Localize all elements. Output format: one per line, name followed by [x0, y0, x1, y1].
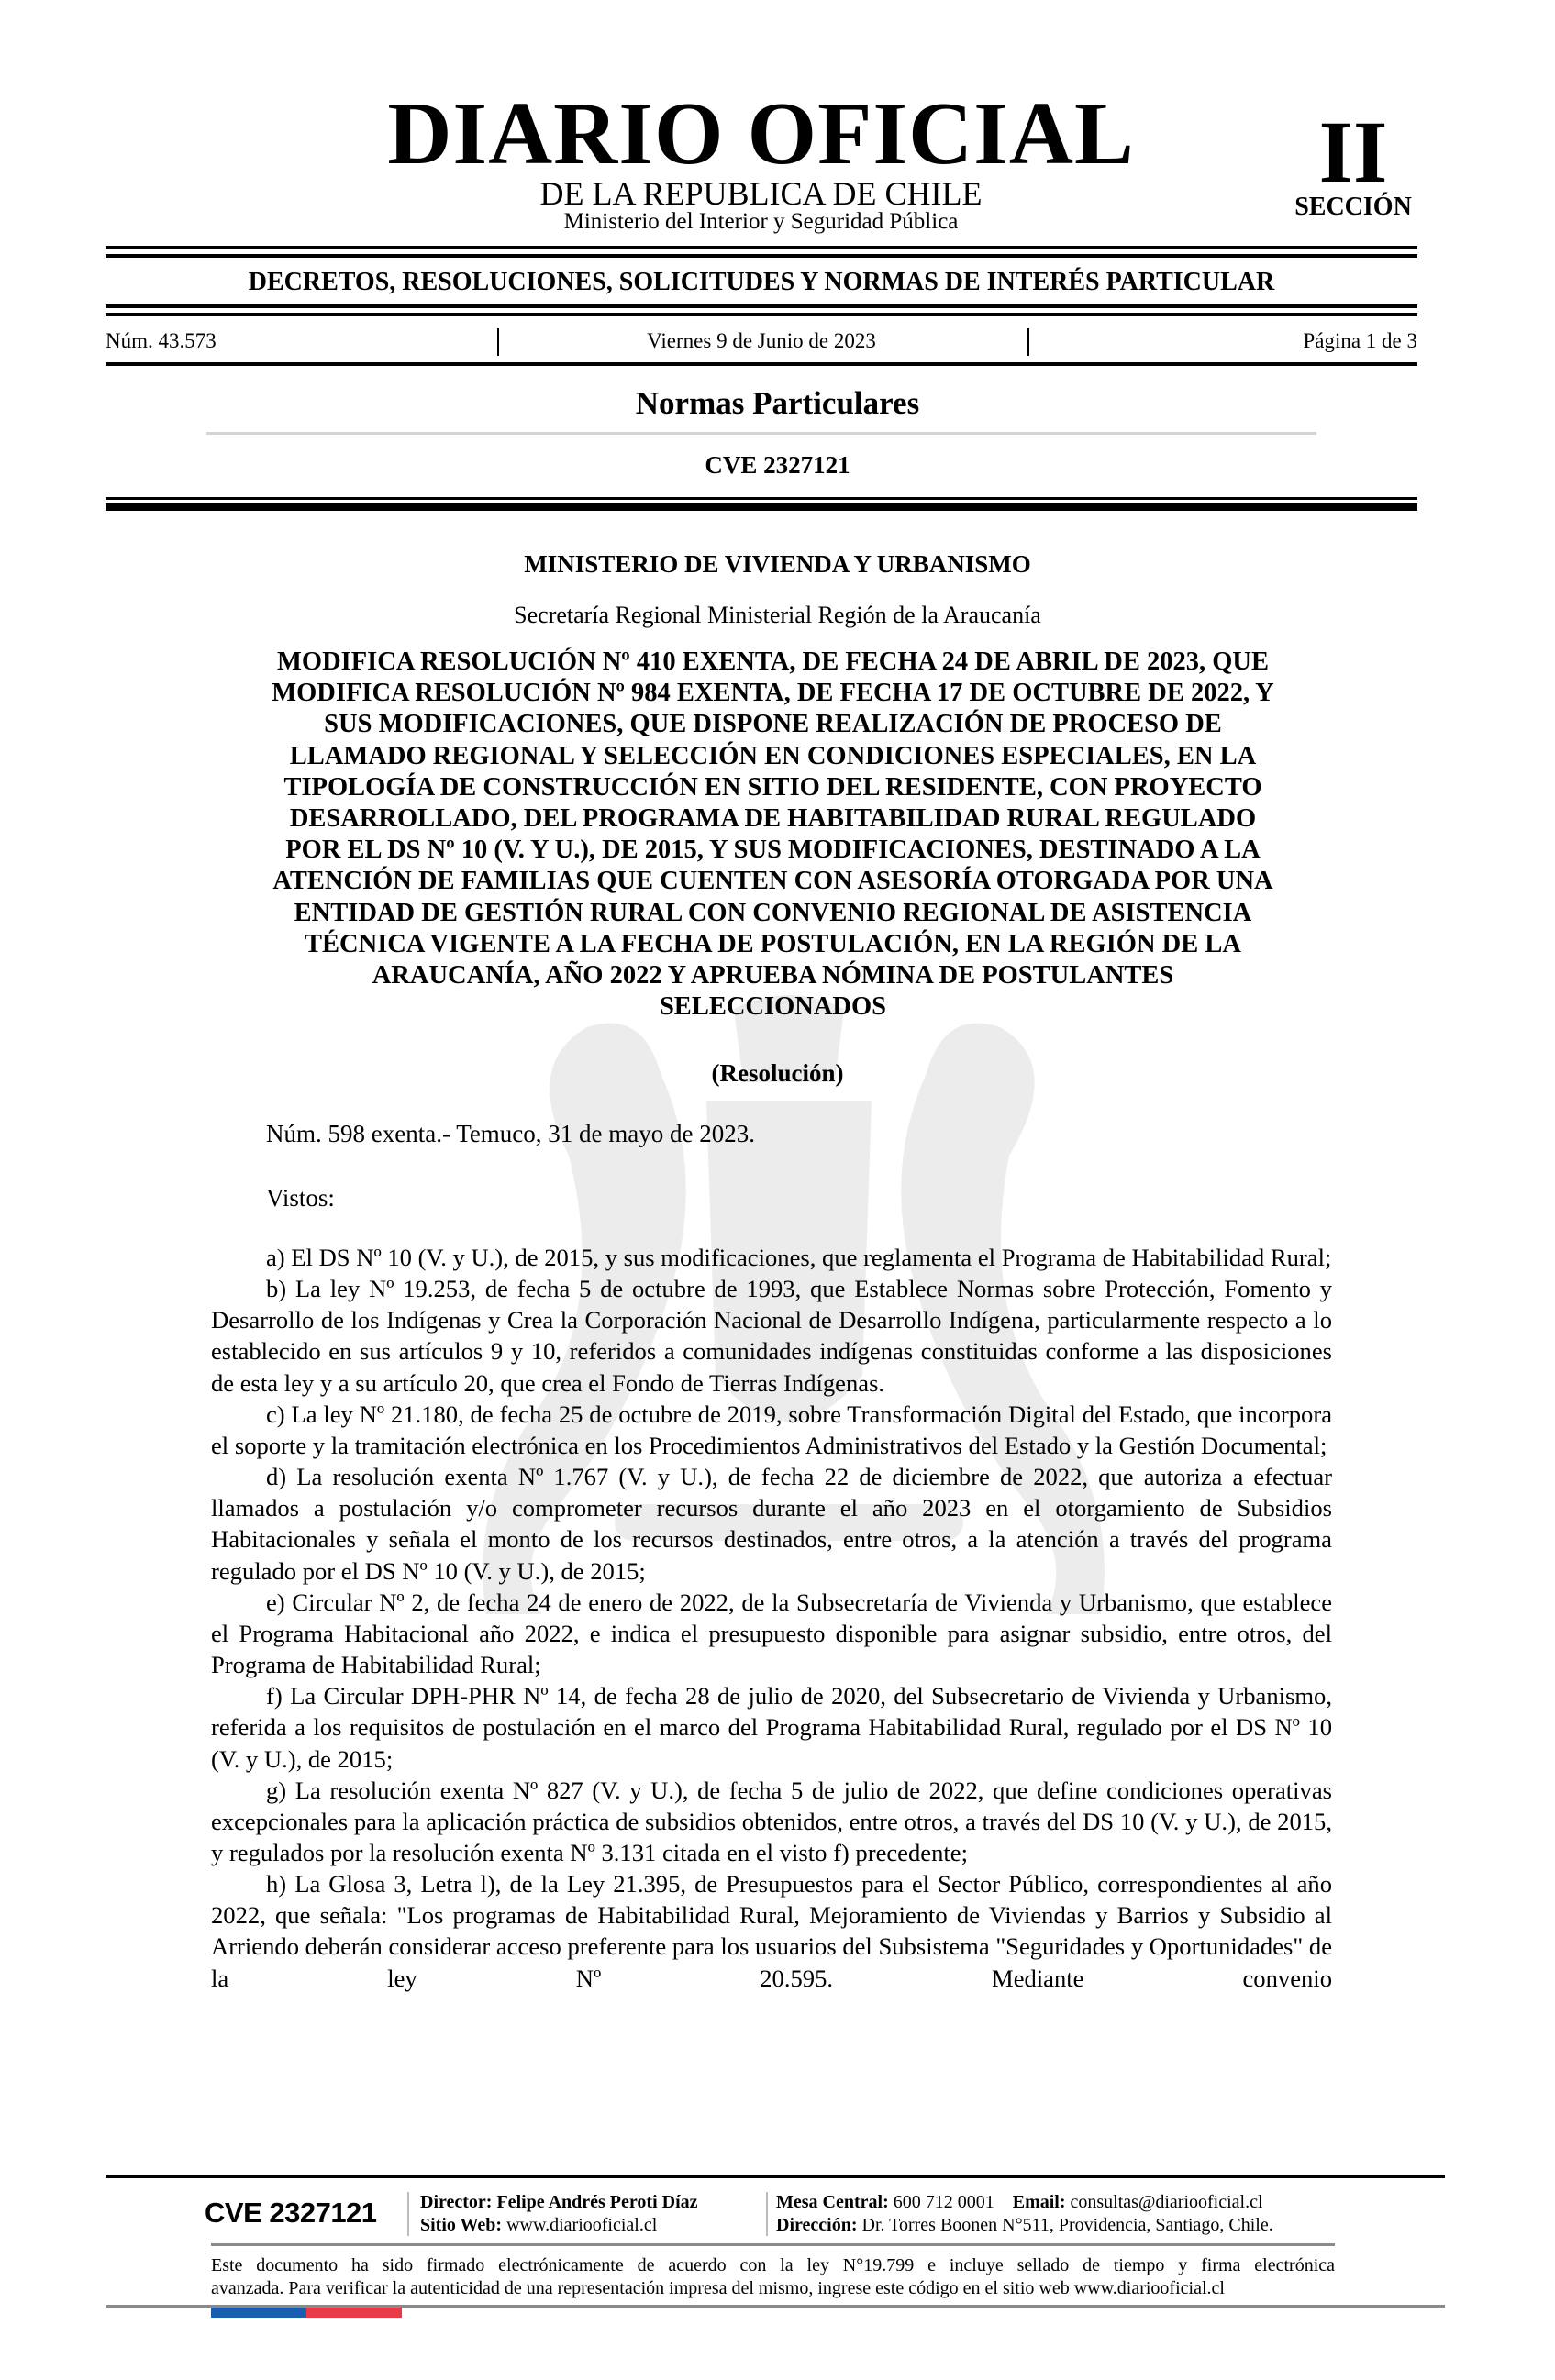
footer-divider — [407, 2192, 409, 2236]
header-rule — [106, 304, 1417, 308]
email-label: Email: — [1013, 2192, 1066, 2212]
visto-item: h) La Glosa 3, Letra l), de la Ley 21.39… — [211, 1868, 1332, 1994]
header-rule — [106, 362, 1417, 366]
visto-item: c) La ley Nº 21.180, de fecha 25 de octu… — [211, 1399, 1332, 1461]
title-line: ARAUCANÍA, AÑO 2022 Y APRUEBA NÓMINA DE … — [216, 960, 1330, 991]
visto-item: b) La ley Nº 19.253, de fecha 5 de octub… — [211, 1273, 1332, 1399]
footer-divider-rule — [211, 2243, 1335, 2246]
director-label: Director: — [420, 2192, 492, 2212]
section-title: Normas Particulares — [0, 383, 1555, 424]
issuing-ministry: MINISTERIO DE VIVIENDA Y URBANISMO — [0, 546, 1555, 582]
issue-meta-row: Núm. 43.573 Viernes 9 de Junio de 2023 P… — [106, 323, 1417, 360]
footer-divider — [766, 2192, 768, 2236]
address-label: Dirección: — [776, 2215, 858, 2235]
title-line: ENTIDAD DE GESTIÓN RURAL CON CONVENIO RE… — [216, 898, 1330, 929]
title-line: MODIFICA RESOLUCIÓN Nº 984 EXENTA, DE FE… — [216, 678, 1330, 709]
page-indicator: Página 1 de 3 — [1303, 323, 1417, 360]
visto-item: e) Circular Nº 2, de fecha 24 de enero d… — [211, 1587, 1332, 1680]
document-type-label: (Resolución) — [0, 1055, 1555, 1091]
vistos-list: a) El DS Nº 10 (V. y U.), de 2015, y sus… — [211, 1242, 1332, 1994]
title-line: SUS MODIFICACIONES, QUE DISPONE REALIZAC… — [216, 709, 1330, 740]
website-label: Sitio Web: — [420, 2215, 502, 2235]
visto-item: g) La resolución exenta Nº 827 (V. y U.)… — [211, 1775, 1332, 1868]
flag-stripe-red — [306, 2308, 402, 2318]
section-number: II — [1266, 108, 1440, 196]
visto-item: f) La Circular DPH-PHR Nº 14, de fecha 2… — [211, 1680, 1332, 1774]
visto-item: a) El DS Nº 10 (V. y U.), de 2015, y sus… — [211, 1242, 1332, 1273]
divider — [1027, 328, 1029, 356]
cve-code: CVE 2327121 — [0, 447, 1555, 483]
email-link[interactable]: consultas@diariooficial.cl — [1071, 2192, 1263, 2212]
footer-rule — [106, 2175, 1445, 2178]
title-line: POR EL DS Nº 10 (V. Y U.), DE 2015, Y SU… — [216, 835, 1330, 866]
resolution-number-date: Núm. 598 exenta.- Temuco, 31 de mayo de … — [266, 1115, 755, 1152]
issuing-office: Secretaría Regional Ministerial Región d… — [0, 597, 1555, 634]
legal-line: Este documento ha sido firmado electróni… — [211, 2254, 1335, 2277]
header-rule — [106, 246, 1417, 249]
title-line: DESARROLLADO, DEL PROGRAMA DE HABITABILI… — [216, 803, 1330, 835]
flag-stripe-blue — [211, 2308, 306, 2318]
footer-cve-code: CVE 2327121 — [205, 2186, 377, 2241]
phone-label: Mesa Central: — [776, 2192, 889, 2212]
issue-date: Viernes 9 de Junio de 2023 — [106, 323, 1417, 360]
title-line: SELECCIONADOS — [216, 991, 1330, 1023]
title-line: LLAMADO REGIONAL Y SELECCIÓN EN CONDICIO… — [216, 741, 1330, 772]
director-name: Felipe Andrés Peroti Díaz — [496, 2192, 697, 2212]
section-label: SECCIÓN — [1266, 194, 1440, 221]
title-line: TIPOLOGÍA DE CONSTRUCCIÓN EN SITIO DEL R… — [216, 772, 1330, 803]
footer-contact-block: Mesa Central: 600 712 0001 Email: consul… — [776, 2191, 1273, 2237]
website-link[interactable]: www.diariooficial.cl — [506, 2215, 657, 2235]
header-rule — [106, 313, 1417, 316]
section-banner: DECRETOS, RESOLUCIONES, SOLICITUDES Y NO… — [106, 264, 1417, 301]
header-rule — [106, 254, 1417, 258]
resolution-title: MODIFICA RESOLUCIÓN Nº 410 EXENTA, DE FE… — [216, 647, 1330, 1023]
footer-director-block: Director: Felipe Andrés Peroti Díaz Siti… — [420, 2191, 698, 2237]
title-line: TÉCNICA VIGENTE A LA FECHA DE POSTULACIÓ… — [216, 929, 1330, 960]
address-text: Dr. Torres Boonen N°511, Providencia, Sa… — [862, 2215, 1273, 2235]
phone-number: 600 712 0001 — [894, 2192, 994, 2212]
header-rule — [106, 497, 1417, 500]
vistos-heading: Vistos: — [266, 1179, 335, 1216]
title-line: MODIFICA RESOLUCIÓN Nº 410 EXENTA, DE FE… — [216, 647, 1330, 678]
section-divider — [206, 432, 1316, 435]
header-rule-thick — [106, 503, 1417, 511]
footer-legal-notice: Este documento ha sido firmado electróni… — [211, 2254, 1335, 2300]
visto-item: d) La resolución exenta Nº 1.767 (V. y U… — [211, 1461, 1332, 1587]
title-line: ATENCIÓN DE FAMILIAS QUE CUENTEN CON ASE… — [216, 866, 1330, 897]
legal-line: avanzada. Para verificar la autenticidad… — [211, 2277, 1335, 2300]
